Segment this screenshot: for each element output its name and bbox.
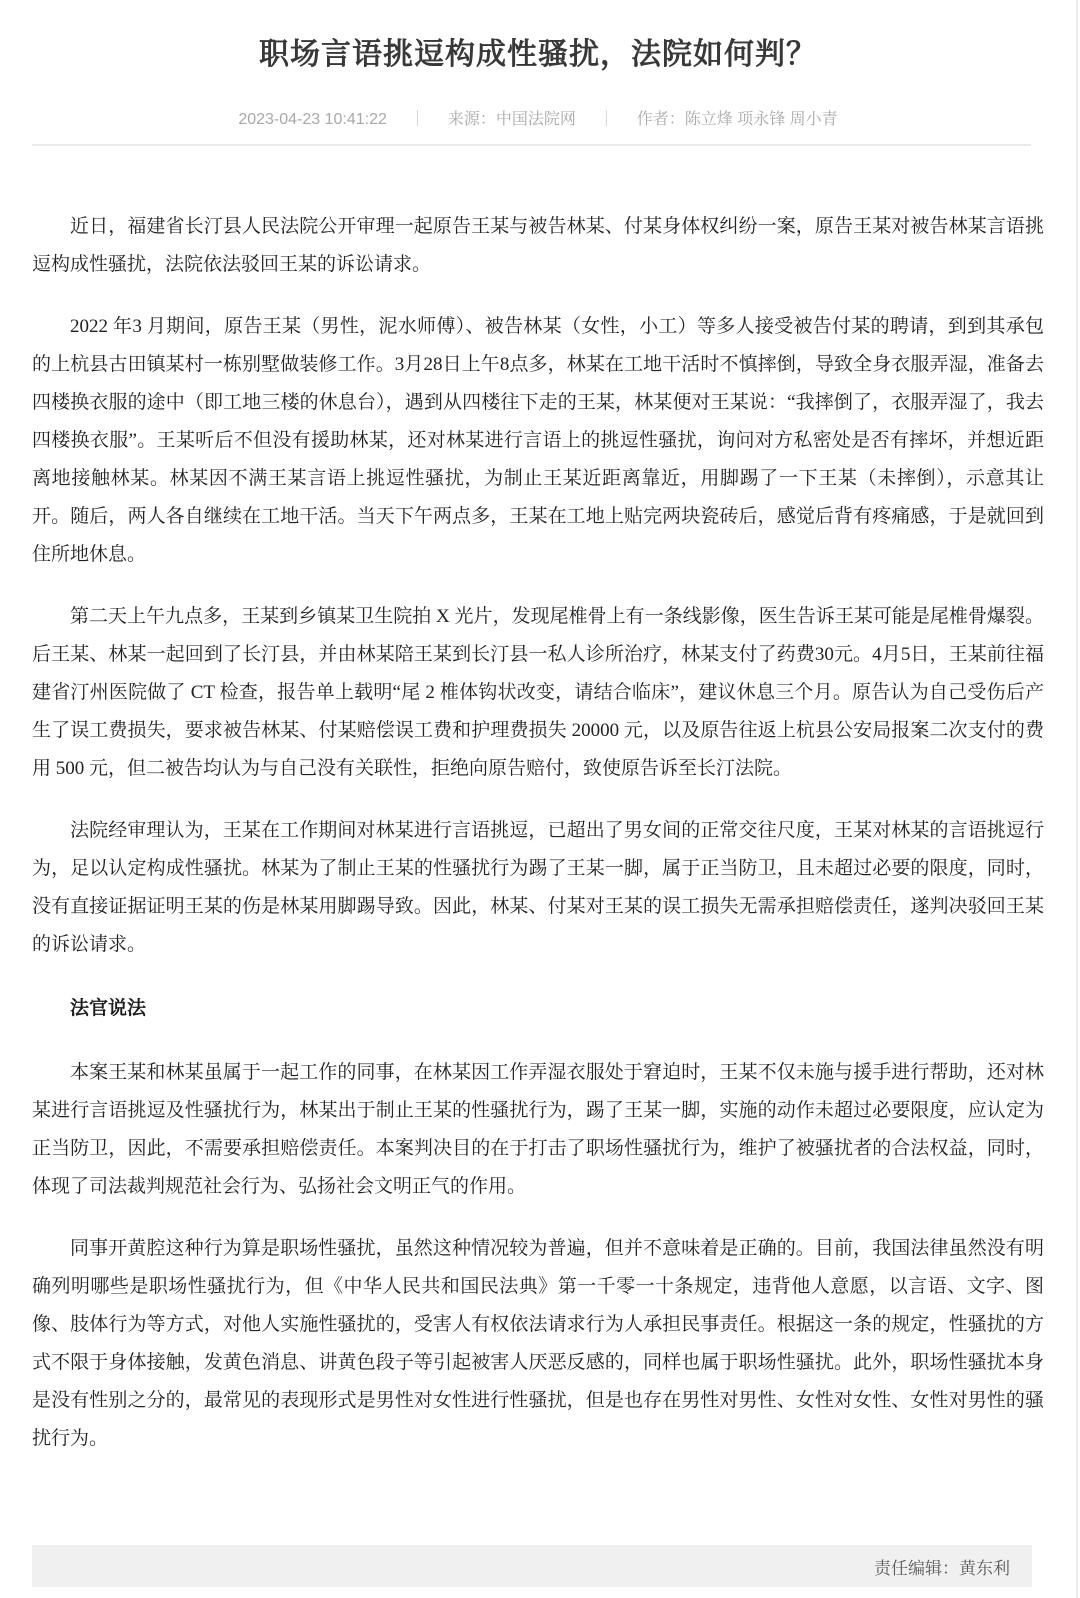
article-page: 职场言语挑逗构成性骚扰，法院如何判？ 2023-04-23 10:41:22 ｜…	[0, 0, 1078, 1598]
section-heading-judge-commentary: 法官说法	[32, 990, 1044, 1028]
paragraph: 2022 年3 月期间，原告王某（男性，泥水师傅）、被告林某（女性，小工）等多人…	[32, 308, 1044, 574]
article-authors: 作者：陈立烽 项永锋 周小青	[637, 111, 838, 128]
meta-separator: ｜	[598, 109, 614, 130]
article-meta: 2023-04-23 10:41:22 ｜ 来源：中国法院网 ｜ 作者：陈立烽 …	[0, 109, 1076, 130]
article-body: 近日，福建省长汀县人民法院公开审理一起原告王某与被告林某、付某身体权纠纷一案，原…	[0, 146, 1076, 1458]
article-source: 来源：中国法院网	[448, 111, 576, 128]
paragraph: 法院经审理认为，王某在工作期间对林某进行言语挑逗，已超出了男女间的正常交往尺度，…	[32, 812, 1044, 964]
paragraph: 第二天上午九点多，王某到乡镇某卫生院拍 X 光片，发现尾椎骨上有一条线影像，医生…	[32, 598, 1044, 788]
editor-credit: 责任编辑：黄东利	[874, 1554, 1010, 1579]
paragraph: 近日，福建省长汀县人民法院公开审理一起原告王某与被告林某、付某身体权纠纷一案，原…	[32, 208, 1044, 284]
paragraph: 同事开黄腔这种行为算是职场性骚扰，虽然这种情况较为普遍，但并不意味着是正确的。目…	[32, 1230, 1044, 1458]
meta-separator: ｜	[409, 109, 425, 130]
footer-bar: 责任编辑：黄东利	[32, 1545, 1032, 1587]
article-header: 职场言语挑逗构成性骚扰，法院如何判？ 2023-04-23 10:41:22 ｜…	[0, 0, 1076, 146]
publish-datetime: 2023-04-23 10:41:22	[238, 111, 387, 128]
page-title: 职场言语挑逗构成性骚扰，法院如何判？	[0, 0, 1076, 75]
paragraph: 本案王某和林某虽属于一起工作的同事，在林某因工作弄湿衣服处于窘迫时，王某不仅未施…	[32, 1054, 1044, 1206]
